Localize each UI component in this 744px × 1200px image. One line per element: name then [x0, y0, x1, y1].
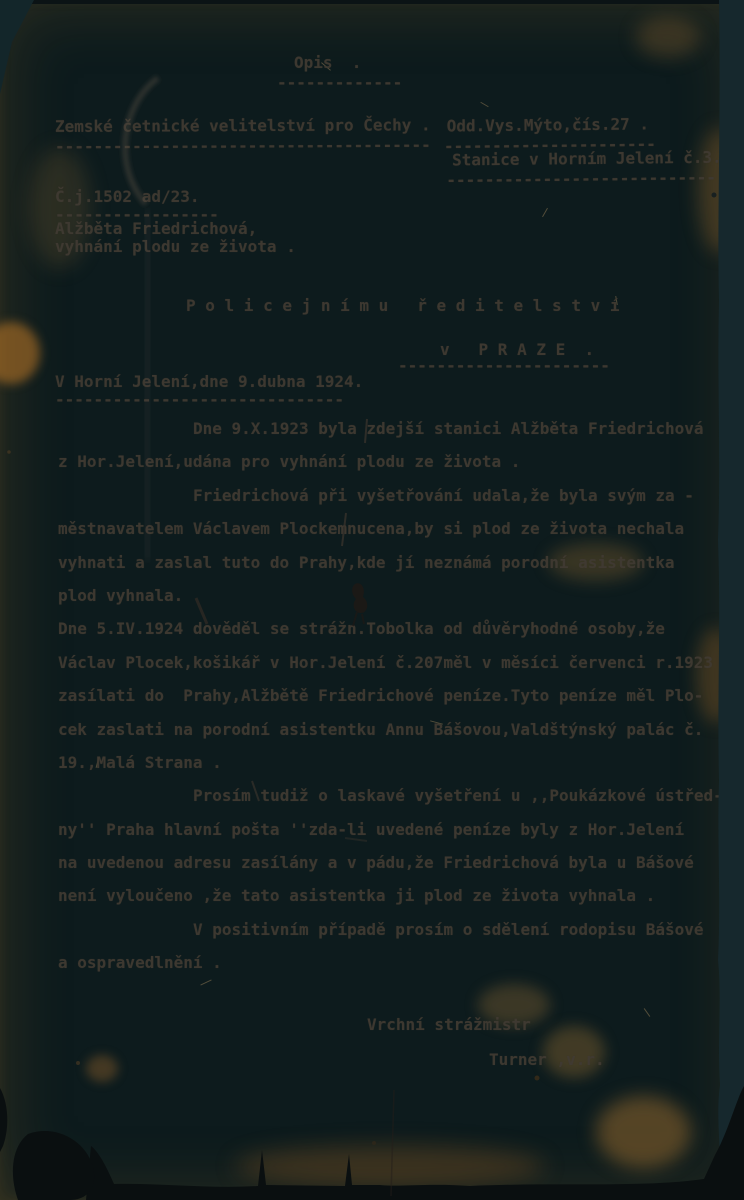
typed-line: Dne 5.IV.1924 dověděl se strážn.Tobolka …: [58, 612, 738, 645]
typed-line: a ospravedlnění .: [58, 946, 738, 979]
station-underline: ----------------------------: [446, 169, 716, 190]
typed-line: 19.,Malá Strana .: [58, 746, 738, 779]
typed-line: není vyloučeno ,že tato asistentka ji pl…: [58, 879, 738, 912]
typed-line: Friedrichová při vyšetřování udala,že by…: [58, 479, 738, 512]
typed-line: na uvedenou adresu zasílány a v pádu,že …: [58, 846, 738, 879]
typed-line: V positivním případě prosím o sdělení ro…: [58, 913, 738, 946]
typed-line: městnavatelem Václavem Plockemnucena,by …: [58, 512, 738, 545]
letter-body: Dne 9.X.1923 byla zdejší stanici Alžběta…: [58, 412, 738, 980]
typed-line: Dne 9.X.1923 byla zdejší stanici Alžběta…: [58, 412, 738, 445]
addressee-line: P o l i c e j n í m u ř e d i t e l s t …: [186, 297, 619, 315]
typed-line: ny'' Praha hlavní pošta ''zda-li uvedené…: [58, 813, 738, 846]
copy-label: Opis .: [294, 54, 361, 72]
scanned-document: Opis . ------------- Zemské četnické vel…: [0, 0, 744, 1200]
subject-matter: vyhnání plodu ze života .: [55, 238, 296, 256]
dateline: V Horní Jelení,dne 9.dubna 1924.: [55, 373, 363, 391]
typed-line: cek zaslati na porodní asistentku Annu B…: [58, 713, 738, 746]
header-left: Zemské četnické velitelství pro Čechy . …: [55, 114, 475, 164]
typed-line: z Hor.Jelení,udána pro vyhnání plodu ze …: [58, 445, 738, 478]
department-line: Odd.Vys.Mýto,čís.27 .: [447, 115, 649, 135]
signature-title: Vrchní strážmistr: [367, 1016, 531, 1034]
issuing-authority: Zemské četnické velitelství pro Čechy .: [55, 116, 431, 136]
typed-line: vyhnati a zaslal tuto do Prahy,kde jí ne…: [58, 546, 738, 579]
copy-label-underline: -------------: [277, 74, 402, 92]
letter-content: Opis . ------------- Zemské četnické vel…: [0, 0, 744, 1200]
station-line: Stanice v Horním Jelení č.3.: [452, 149, 722, 170]
typed-line: Prosím tudiž o laskavé vyšetření u ,,Pou…: [58, 779, 738, 812]
dateline-underline: ------------------------------: [55, 391, 344, 409]
typed-line: plod vyhnala.: [58, 579, 738, 612]
subject-name: Alžběta Friedrichová,: [55, 220, 257, 238]
addressee-underline: ----------------------: [398, 357, 610, 375]
reference-number: Č.j.1502 ad/23.: [55, 188, 200, 206]
typed-line: zasílati do Prahy,Alžbětě Friedrichové p…: [58, 679, 738, 712]
signature-name: Turner ,v.r.: [489, 1051, 605, 1069]
header-right: Odd.Vys.Mýto,čís.27 . ------------------…: [444, 112, 744, 195]
typed-line: Václav Plocek,košikář v Hor.Jelení č.207…: [58, 646, 738, 679]
issuing-authority-underline: ---------------------------------------: [55, 136, 431, 156]
